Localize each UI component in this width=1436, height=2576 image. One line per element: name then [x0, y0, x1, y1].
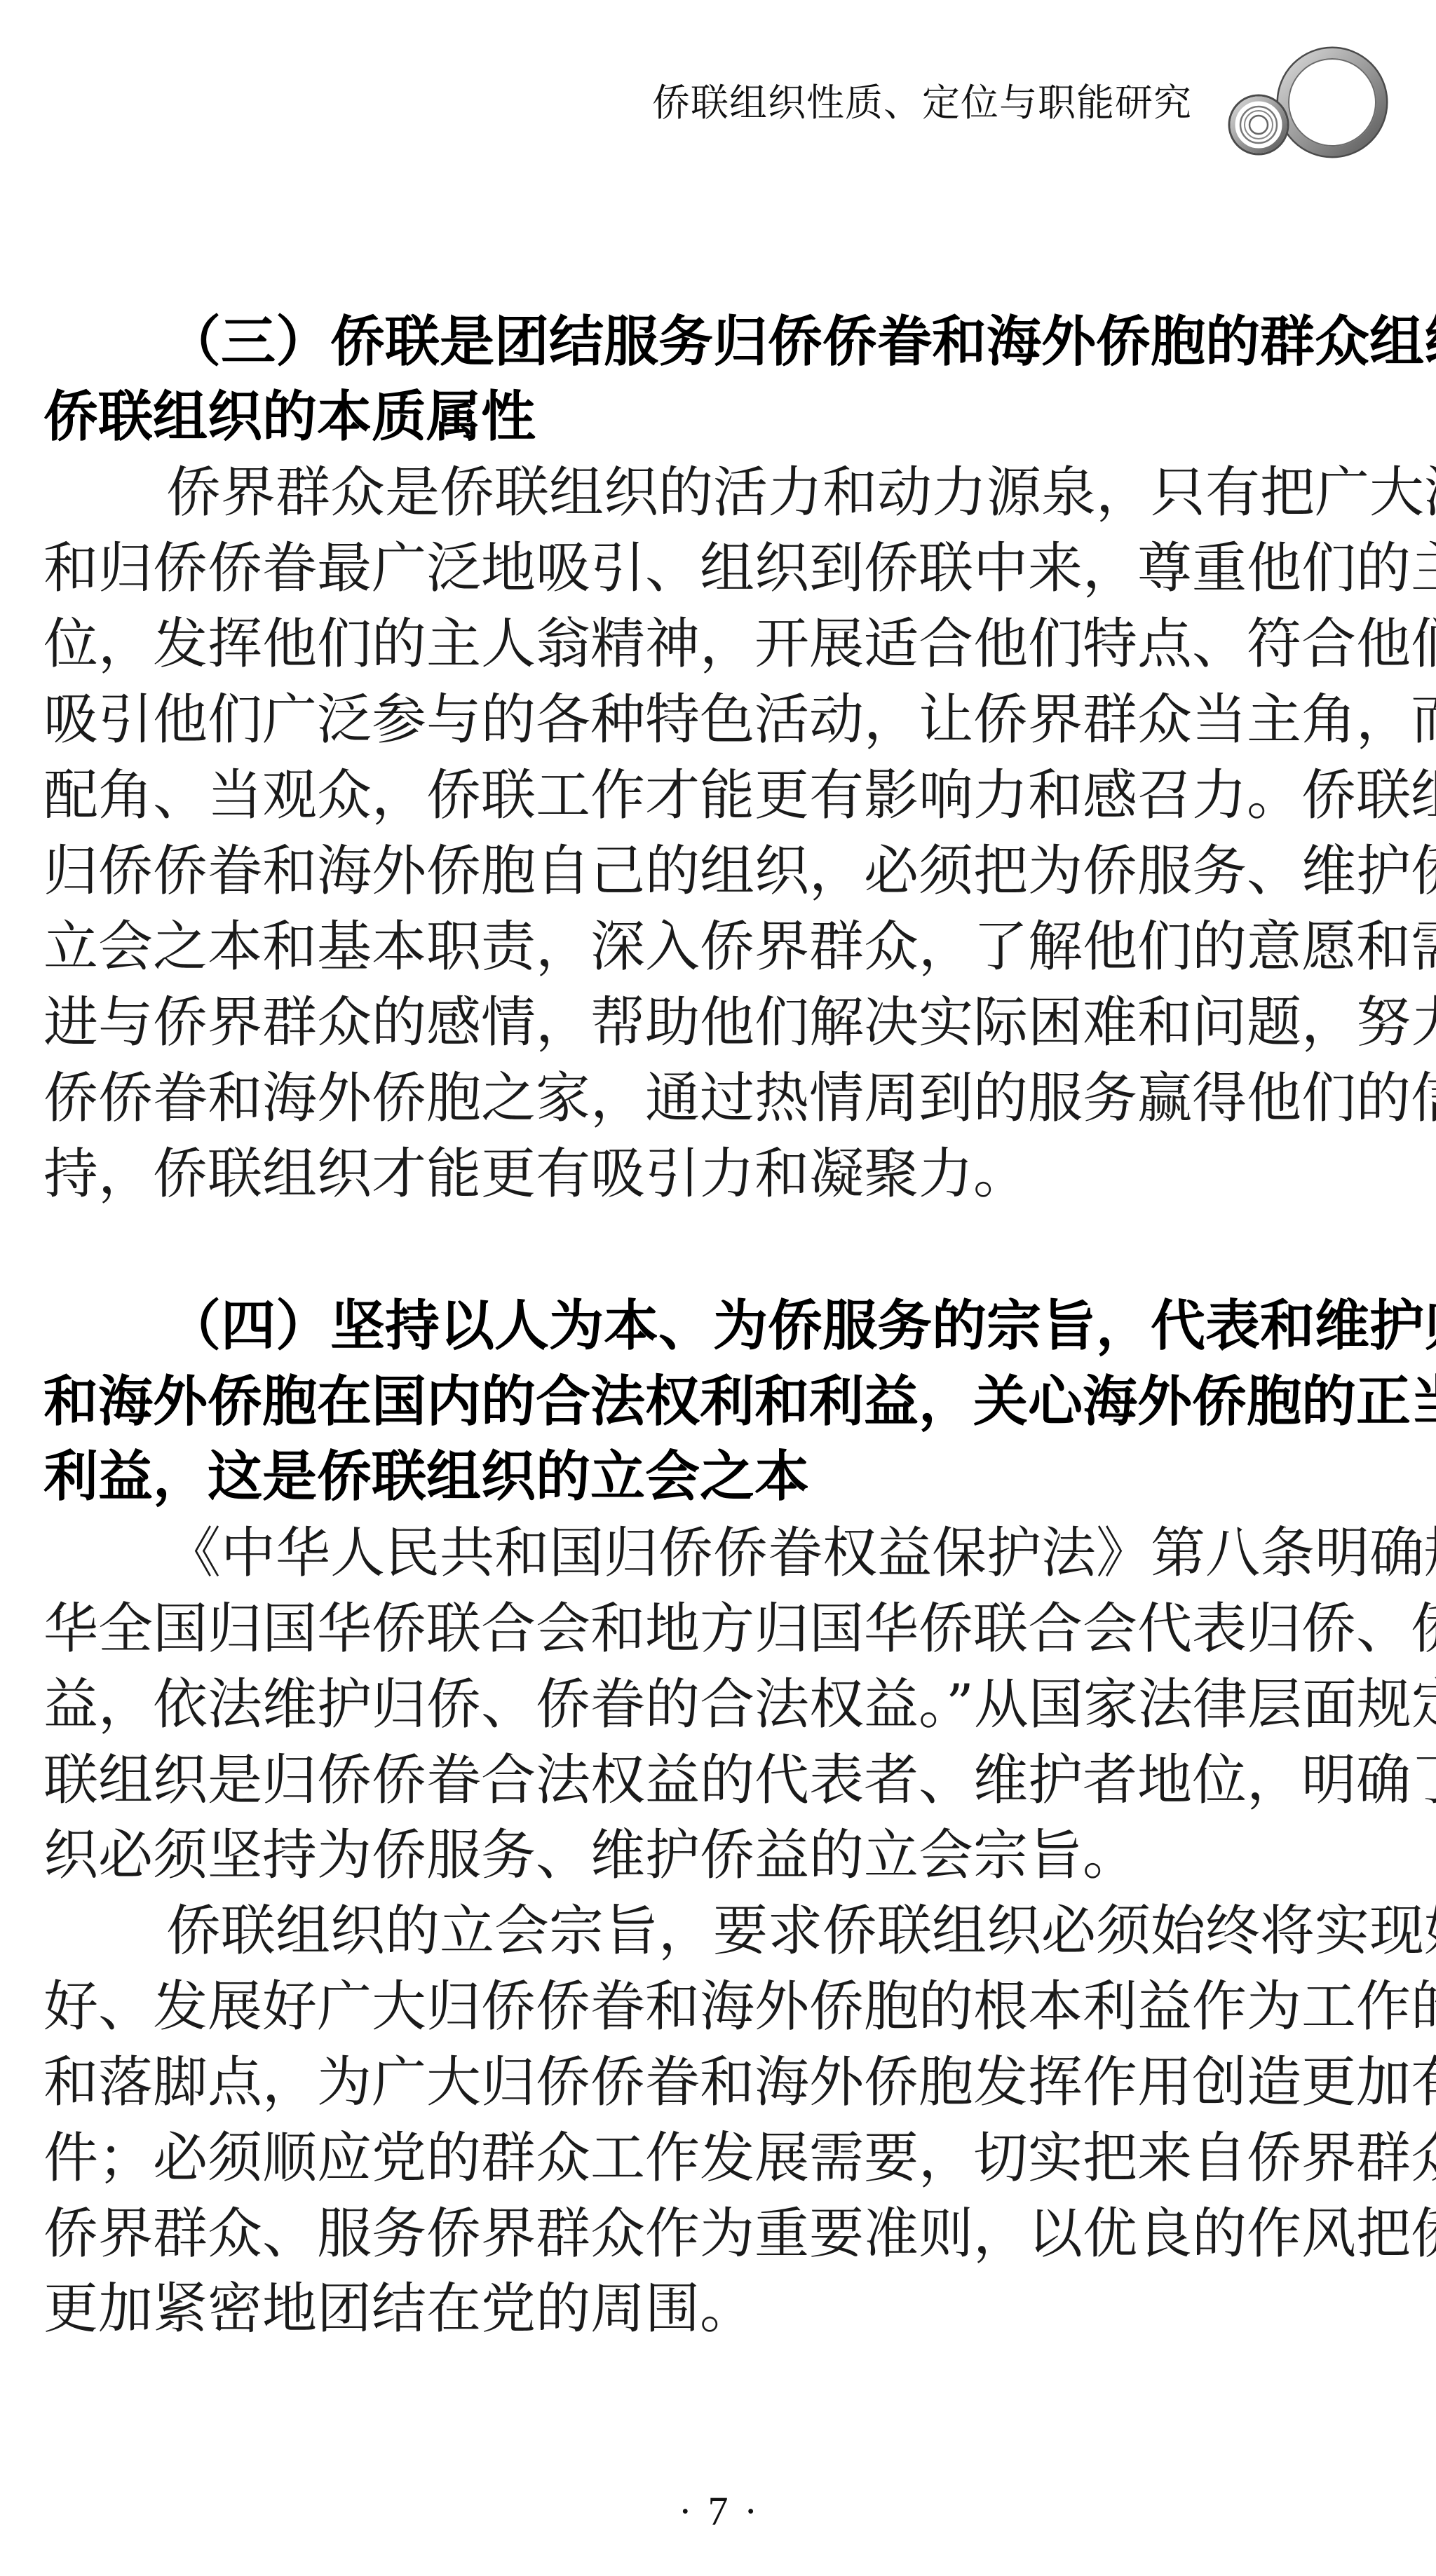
section-3-paragraph-1-line-2: 和归侨侨眷最广泛地吸引、组织到侨联中来，尊重他们的主体地 — [43, 533, 1394, 604]
section-4-paragraph-1-line-4: 联组织是归侨侨眷合法权益的代表者、维护者地位，明确了侨联组 — [43, 1745, 1394, 1815]
section-4-paragraph-2-line-6: 更加紧密地团结在党的周围。 — [43, 2274, 1394, 2344]
section-3-heading-line-1: （三）侨联是团结服务归侨侨眷和海外侨胞的群众组织，这是 — [166, 307, 1394, 377]
page-number: · 7 · — [648, 2487, 788, 2536]
section-4-paragraph-2-line-1: 侨联组织的立会宗旨，要求侨联组织必须始终将实现好、维护 — [166, 1896, 1394, 1966]
section-4-paragraph-1-line-5: 织必须坚持为侨服务、维护侨益的立会宗旨。 — [43, 1820, 1394, 1890]
section-3-paragraph-1-line-10: 持，侨联组织才能更有吸引力和凝聚力。 — [43, 1139, 1394, 1209]
section-4-heading-line-2: 和海外侨胞在国内的合法权利和利益，关心海外侨胞的正当权利和 — [43, 1367, 1394, 1437]
section-4-paragraph-2-line-2: 好、发展好广大归侨侨眷和海外侨胞的根本利益作为工作的出发点 — [43, 1972, 1394, 2042]
section-4-heading-line-1: （四）坚持以人为本、为侨服务的宗旨，代表和维护归侨侨眷 — [166, 1291, 1394, 1361]
section-4-paragraph-1-line-3: 益，依法维护归侨、侨眷的合法权益。”从国家法律层面规定了侨 — [43, 1670, 1394, 1740]
section-4-paragraph-1-line-1: 《中华人民共和国归侨侨眷权益保护法》第八条明确规定：“中 — [166, 1518, 1394, 1588]
section-4-paragraph-1-line-2: 华全国归国华侨联合会和地方归国华侨联合会代表归侨、侨眷的利 — [43, 1594, 1394, 1664]
section-3-paragraph-1-line-1: 侨界群众是侨联组织的活力和动力源泉，只有把广大海外侨胞 — [166, 458, 1394, 528]
section-3-paragraph-1-line-4: 吸引他们广泛参与的各种特色活动，让侨界群众当主角，而不是当 — [43, 685, 1394, 755]
section-4-heading-line-3: 利益，这是侨联组织的立会之本 — [43, 1442, 1394, 1512]
section-4-paragraph-2-line-4: 件；必须顺应党的群众工作发展需要，切实把来自侨界群众、植根 — [43, 2123, 1394, 2193]
section-4-paragraph-2-line-3: 和落脚点，为广大归侨侨眷和海外侨胞发挥作用创造更加有利的条 — [43, 2047, 1394, 2118]
section-3-heading-line-2: 侨联组织的本质属性 — [43, 382, 1394, 452]
section-4-paragraph-2-line-5: 侨界群众、服务侨界群众作为重要准则，以优良的作风把侨界群众 — [43, 2199, 1394, 2269]
section-3-paragraph-1-line-3: 位，发挥他们的主人翁精神，开展适合他们特点、符合他们要求、 — [43, 609, 1394, 679]
section-3-paragraph-1-line-6: 归侨侨眷和海外侨胞自己的组织，必须把为侨服务、维护侨益作为 — [43, 836, 1394, 906]
section-3-paragraph-1-line-7: 立会之本和基本职责，深入侨界群众，了解他们的意愿和需求，增 — [43, 912, 1394, 982]
section-3-paragraph-1-line-5: 配角、当观众，侨联工作才能更有影响力和感召力。侨联组织作为 — [43, 761, 1394, 831]
section-3-paragraph-1-line-8: 进与侨界群众的感情，帮助他们解决实际困难和问题，努力建设归 — [43, 988, 1394, 1058]
double-ring-circles-icon — [1220, 35, 1416, 175]
section-3-paragraph-1-line-9: 侨侨眷和海外侨胞之家，通过热情周到的服务赢得他们的信赖和支 — [43, 1063, 1394, 1133]
running-header-title: 侨联组织性质、定位与职能研究 — [652, 79, 1192, 128]
